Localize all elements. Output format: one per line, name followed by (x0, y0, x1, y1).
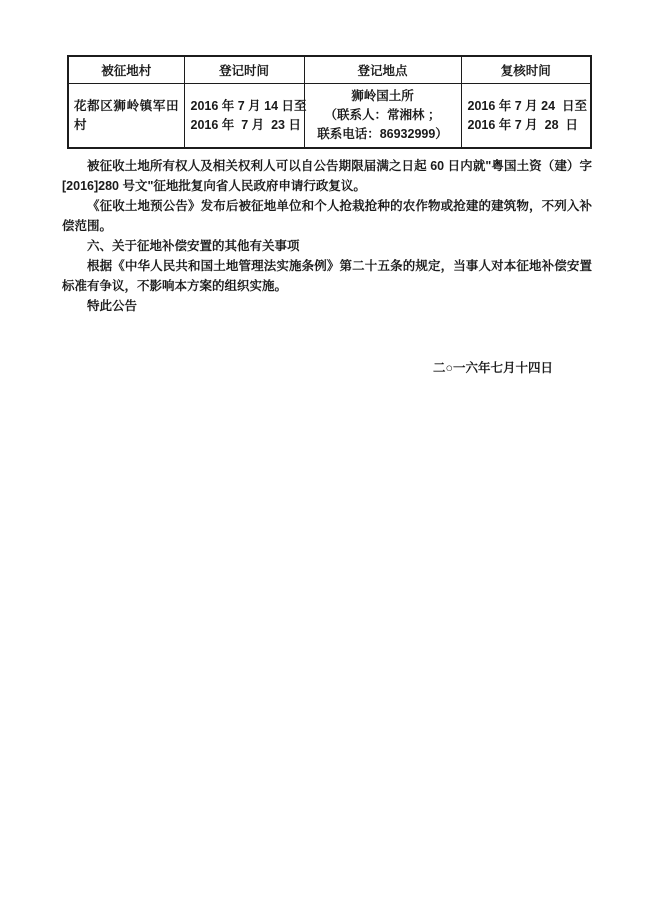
registration-table: 被征地村 登记时间 登记地点 复核时间 花都区狮岭镇军田村 2016 年 7 月… (67, 55, 592, 149)
paragraph-appeal-rights: 被征收土地所有权人及相关权利人可以自公告期限届满之日起 60 日内就"粤国土资（… (62, 156, 592, 196)
header-village: 被征地村 (68, 56, 184, 84)
header-registration-place: 登记地点 (304, 56, 461, 84)
paragraph-hereby-announced: 特此公告 (62, 296, 592, 316)
signature-date: 二○一六年七月十四日 (62, 358, 592, 378)
header-review-time: 复核时间 (461, 56, 591, 84)
section-heading-six: 六、关于征地补偿安置的其他有关事项 (62, 236, 592, 256)
registration-time-line-1: 2016 年 7 月 14 日至 (191, 97, 298, 116)
village-name: 花都区狮岭镇军田村 (74, 99, 179, 132)
announcement-page: 被征地村 登记时间 登记地点 复核时间 花都区狮岭镇军田村 2016 年 7 月… (0, 0, 650, 919)
cell-review-time: 2016 年 7 月 24 日至 2016 年 7 月 28 日 (461, 84, 591, 149)
table-data-row: 花都区狮岭镇军田村 2016 年 7 月 14 日至 2016 年 7 月 23… (68, 84, 591, 149)
review-time-line-1: 2016 年 7 月 24 日至 (468, 97, 585, 116)
registration-place-phone: 联系电话：86932999） (307, 125, 459, 144)
review-time-line-2: 2016 年 7 月 28 日 (468, 116, 585, 135)
paragraph-no-compensation: 《征收土地预公告》发布后被征地单位和个人抢栽抢种的农作物或抢建的建筑物，不列入补… (62, 196, 592, 236)
table-header-row: 被征地村 登记时间 登记地点 复核时间 (68, 56, 591, 84)
registration-place-name: 狮岭国土所 (307, 87, 459, 106)
cell-registration-time: 2016 年 7 月 14 日至 2016 年 7 月 23 日 (184, 84, 304, 149)
announcement-body: 被征收土地所有权人及相关权利人可以自公告期限届满之日起 60 日内就"粤国土资（… (62, 156, 592, 316)
cell-village: 花都区狮岭镇军田村 (68, 84, 184, 149)
cell-registration-place: 狮岭国土所 （联系人：常湘林 ； 联系电话：86932999） (304, 84, 461, 149)
paragraph-regulation-basis: 根据《中华人民共和国土地管理法实施条例》第二十五条的规定，当事人对本征地补偿安置… (62, 256, 592, 296)
registration-time-line-2: 2016 年 7 月 23 日 (191, 116, 298, 135)
registration-place-contact: （联系人：常湘林 ； (307, 106, 459, 125)
header-registration-time: 登记时间 (184, 56, 304, 84)
